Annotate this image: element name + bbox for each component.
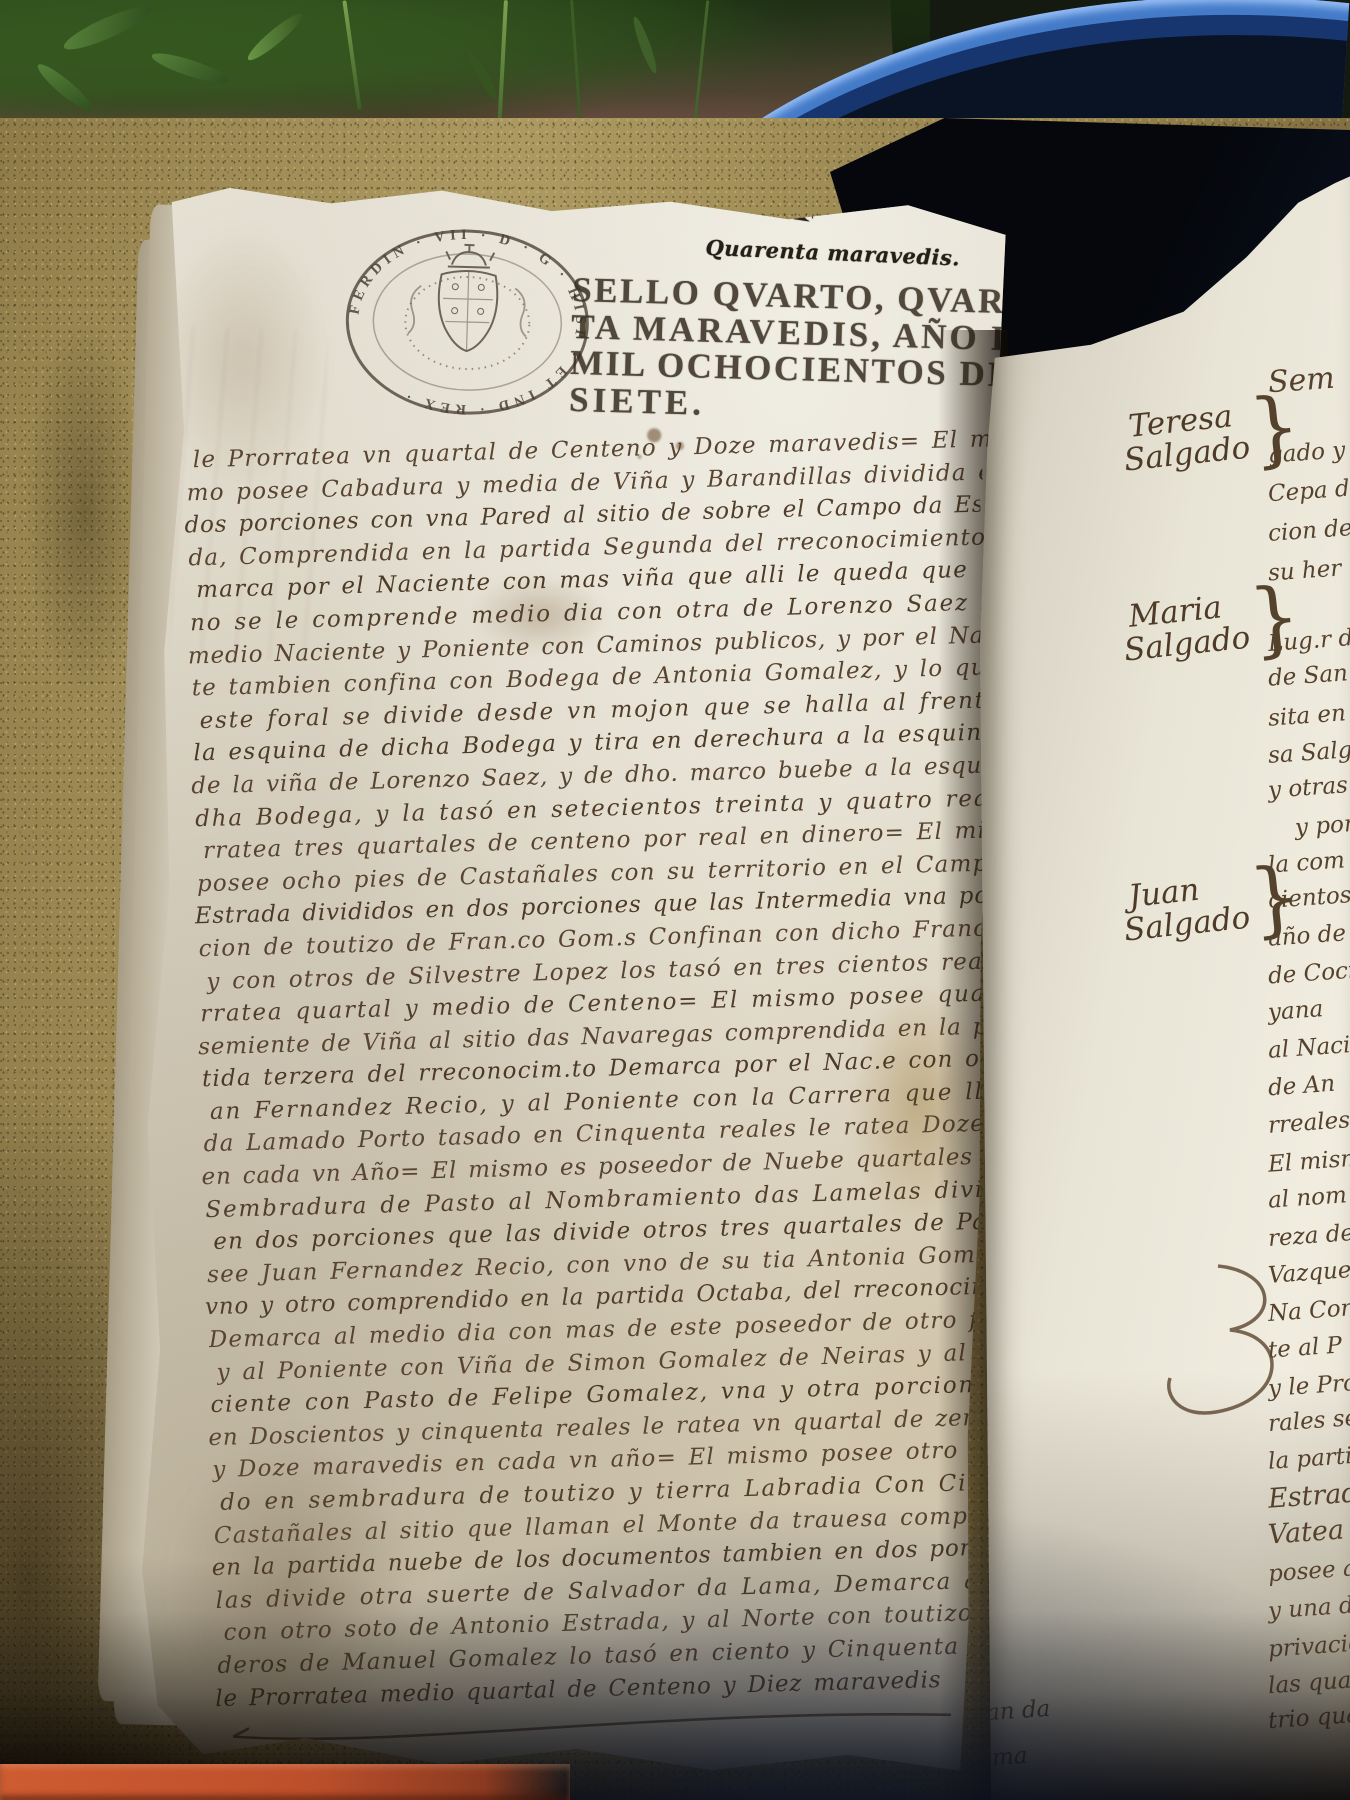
text-fragment: sita en [1267,700,1346,731]
leaf-shape [60,0,155,56]
manuscript-page-right: TeresaSalgado}MariaSalgado}JuanSalgado} … [980,150,1350,1800]
text-fragment: reza de [1267,1220,1350,1252]
text-fragment: y por [1294,811,1350,841]
royal-seal-stamp: FERDIN · VII · D · G · HISP · ET IND · R… [339,222,596,423]
leaf-shape [33,59,96,115]
text-fragment: gado y [1267,437,1346,468]
manuscript-page-left: FERDIN · VII · D · G · HISP · ET IND · R… [118,176,1010,1783]
text-fragment: sa Salg [1267,737,1350,769]
leaf-shape [464,49,500,102]
fee-stamp-text: Quarenta maravedis. [705,236,961,271]
text-fragment: posee al [1267,1555,1350,1588]
text-fragment: Sem [1267,366,1335,397]
text-fragment: y una de [1267,1592,1350,1625]
manuscript-body: le Prorratea vn quartal de Centeno y Doz… [185,424,1015,1753]
text-fragment: de Cocin [1267,956,1350,989]
text-fragment: al nom [1267,1182,1347,1213]
text-fragment: y otras [1267,772,1349,804]
text-fragment: Vatea [1267,1517,1345,1548]
text-fragment: yana [1267,996,1324,1026]
text-fragment: de An [1267,1071,1336,1102]
text-fragment: Cepa de [1267,475,1350,508]
margin-name-text: JuanSalgado [1127,869,1252,947]
margin-name-text: TeresaSalgado [1127,399,1252,477]
leaf-shape [149,48,230,88]
text-fragment: cientos [1267,882,1350,914]
text-fragment: de San [1267,660,1349,692]
rubric-flourish [1158,1258,1308,1438]
text-fragment: El mismo [1267,1144,1350,1177]
plant-stem-shape [342,0,361,109]
text-fragment: la com [1267,847,1346,878]
text-fragment: Estrada [1267,1479,1350,1512]
photo-of-1817-sello-quarto-manuscript: FERDIN · VII · D · G · HISP · ET IND · R… [0,0,1350,1800]
text-fragment: la partida [1267,1441,1350,1475]
text-fragment: privacion [1267,1629,1350,1663]
margin-name-text: MariaSalgado [1127,589,1252,667]
text-fragment: cion de [1267,515,1350,547]
text-fragment: año de [1267,920,1347,951]
text-fragment: rreales [1267,1107,1350,1139]
text-fragment: al Naci [1267,1032,1350,1064]
text-fragment: su her [1267,555,1342,586]
text-fragment: an da [985,1696,1051,1726]
text-fragment: Lug.r d [1267,625,1350,657]
text-fragment: trio qua [1267,1702,1350,1734]
text-fragment: ma [991,1743,1028,1771]
leaf-shape [244,9,307,65]
terracotta-tile-strip [0,1764,570,1800]
text-fragment: las quat [1267,1667,1350,1699]
